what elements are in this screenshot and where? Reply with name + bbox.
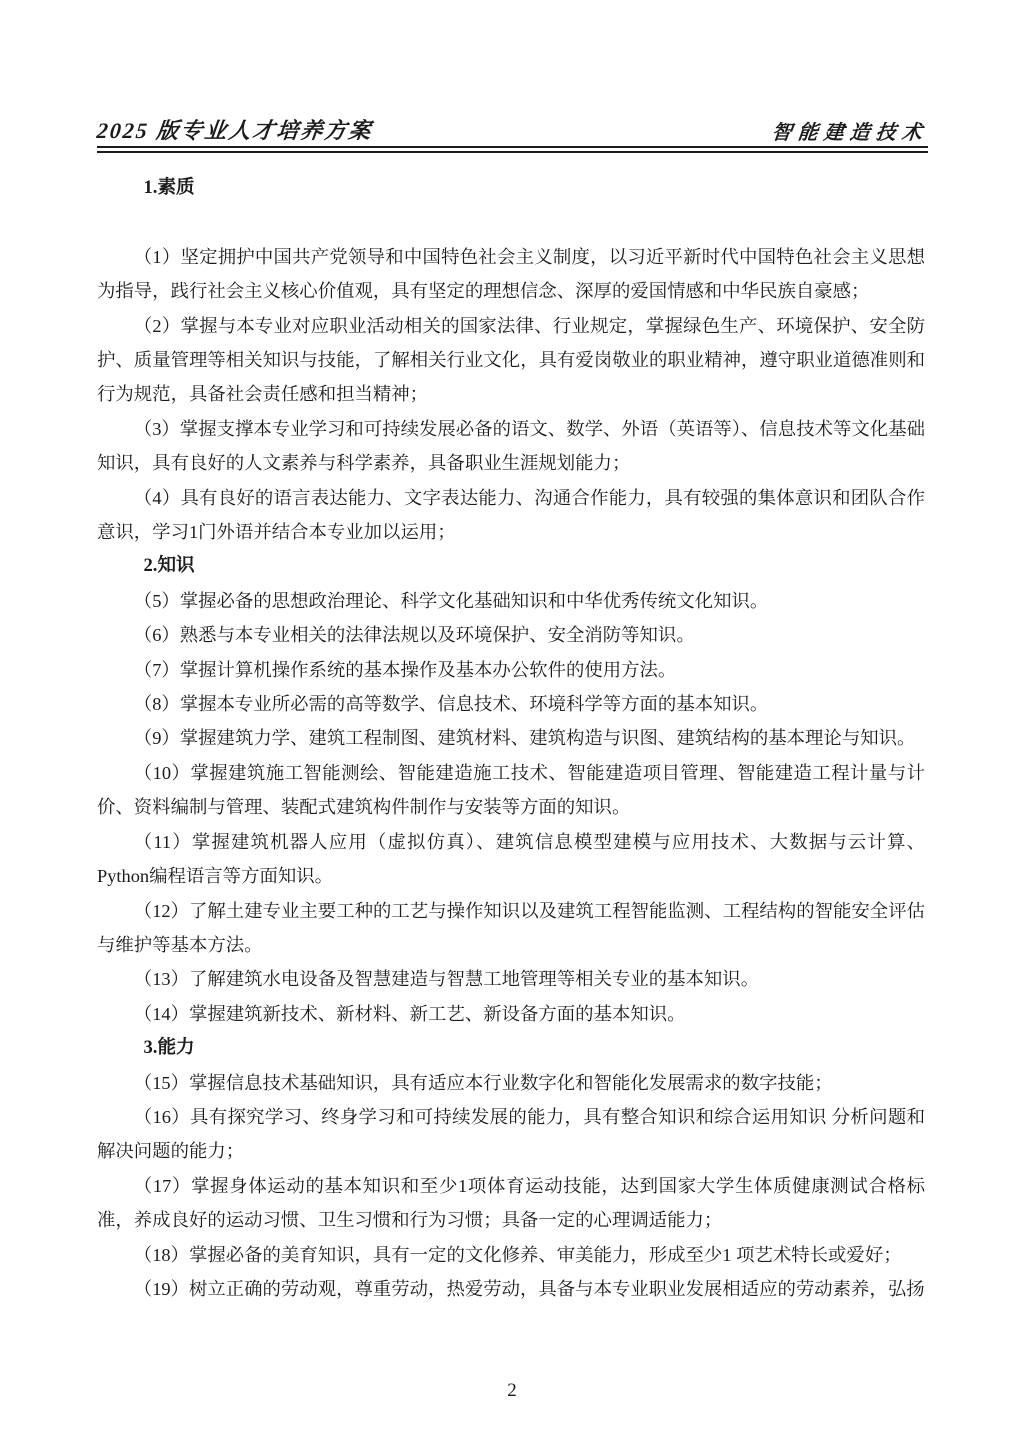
header-double-rule — [97, 146, 928, 153]
paragraph-item-1: （1）坚定拥护中国共产党领导和中国特色社会主义制度，以习近平新时代中国特色社会主… — [97, 240, 925, 309]
paragraph-item-13: （13）了解建筑水电设备及智慧建造与智慧工地管理等相关专业的基本知识。 — [97, 962, 925, 996]
paragraph-item-10: （10）掌握建筑施工智能测绘、智能建造施工技术、智能建造项目管理、智能建造工程计… — [97, 756, 925, 825]
section-heading-zhishi: 2.知识 — [97, 549, 925, 583]
section-heading-suzhi: 1.素质 — [97, 171, 925, 205]
paragraph-item-7: （7）掌握计算机操作系统的基本操作及基本办公软件的使用方法。 — [97, 653, 925, 687]
paragraph-item-3: （3）掌握支撑本专业学习和可持续发展必备的语文、数学、外语（英语等）、信息技术等… — [97, 412, 925, 481]
paragraph-item-18: （18）掌握必备的美育知识，具有一定的文化修养、审美能力，形成至少1 项艺术特长… — [97, 1238, 925, 1272]
paragraph-item-14: （14）掌握建筑新技术、新材料、新工艺、新设备方面的基本知识。 — [97, 997, 925, 1031]
paragraph-item-2: （2）掌握与本专业对应职业活动相关的国家法律、行业规定，掌握绿色生产、环境保护、… — [97, 309, 925, 412]
document-page: 2025 版专业人才培养方案 智能建造技术 1.素质 （1）坚定拥护中国共产党领… — [0, 0, 1024, 1448]
paragraph-item-6: （6）熟悉与本专业相关的法律法规以及环境保护、安全消防等知识。 — [97, 618, 925, 652]
paragraph-item-5: （5）掌握必备的思想政治理论、科学文化基础知识和中华优秀传统文化知识。 — [97, 584, 925, 618]
paragraph-item-16: （16）具有探究学习、终身学习和可持续发展的能力，具有整合知识和综合运用知识 分… — [97, 1100, 925, 1169]
header-title-left: 2025 版专业人才培养方案 — [95, 114, 374, 145]
section-heading-nengli: 3.能力 — [97, 1031, 925, 1065]
page-footer: 2 — [0, 1376, 1024, 1406]
paragraph-item-4: （4）具有良好的语言表达能力、文字表达能力、沟通合作能力，具有较强的集体意识和团… — [97, 481, 925, 550]
paragraph-item-11: （11）掌握建筑机器人应用（虚拟仿真）、建筑信息模型建模与应用技术、大数据与云计… — [97, 825, 925, 894]
paragraph-item-12: （12）了解土建专业主要工种的工艺与操作知识以及建筑工程智能监测、工程结构的智能… — [97, 894, 925, 963]
header-title-right: 智能建造技术 — [770, 116, 929, 145]
page-header: 2025 版专业人才培养方案 智能建造技术 — [97, 114, 928, 145]
paragraph-item-8: （8）掌握本专业所必需的高等数学、信息技术、环境科学等方面的基本知识。 — [97, 687, 925, 721]
paragraph-item-19: （19）树立正确的劳动观，尊重劳动，热爱劳动，具备与本专业职业发展相适应的劳动素… — [97, 1272, 925, 1306]
paragraph-item-15: （15）掌握信息技术基础知识，具有适应本行业数字化和智能化发展需求的数字技能； — [97, 1066, 925, 1100]
page-number: 2 — [507, 1380, 517, 1401]
paragraph-item-9: （9）掌握建筑力学、建筑工程制图、建筑材料、建筑构造与识图、建筑结构的基本理论与… — [97, 721, 925, 755]
paragraph-item-17: （17）掌握身体运动的基本知识和至少1项体育运动技能，达到国家大学生体质健康测试… — [97, 1169, 925, 1238]
document-body: 1.素质 （1）坚定拥护中国共产党领导和中国特色社会主义制度，以习近平新时代中国… — [97, 171, 925, 1306]
